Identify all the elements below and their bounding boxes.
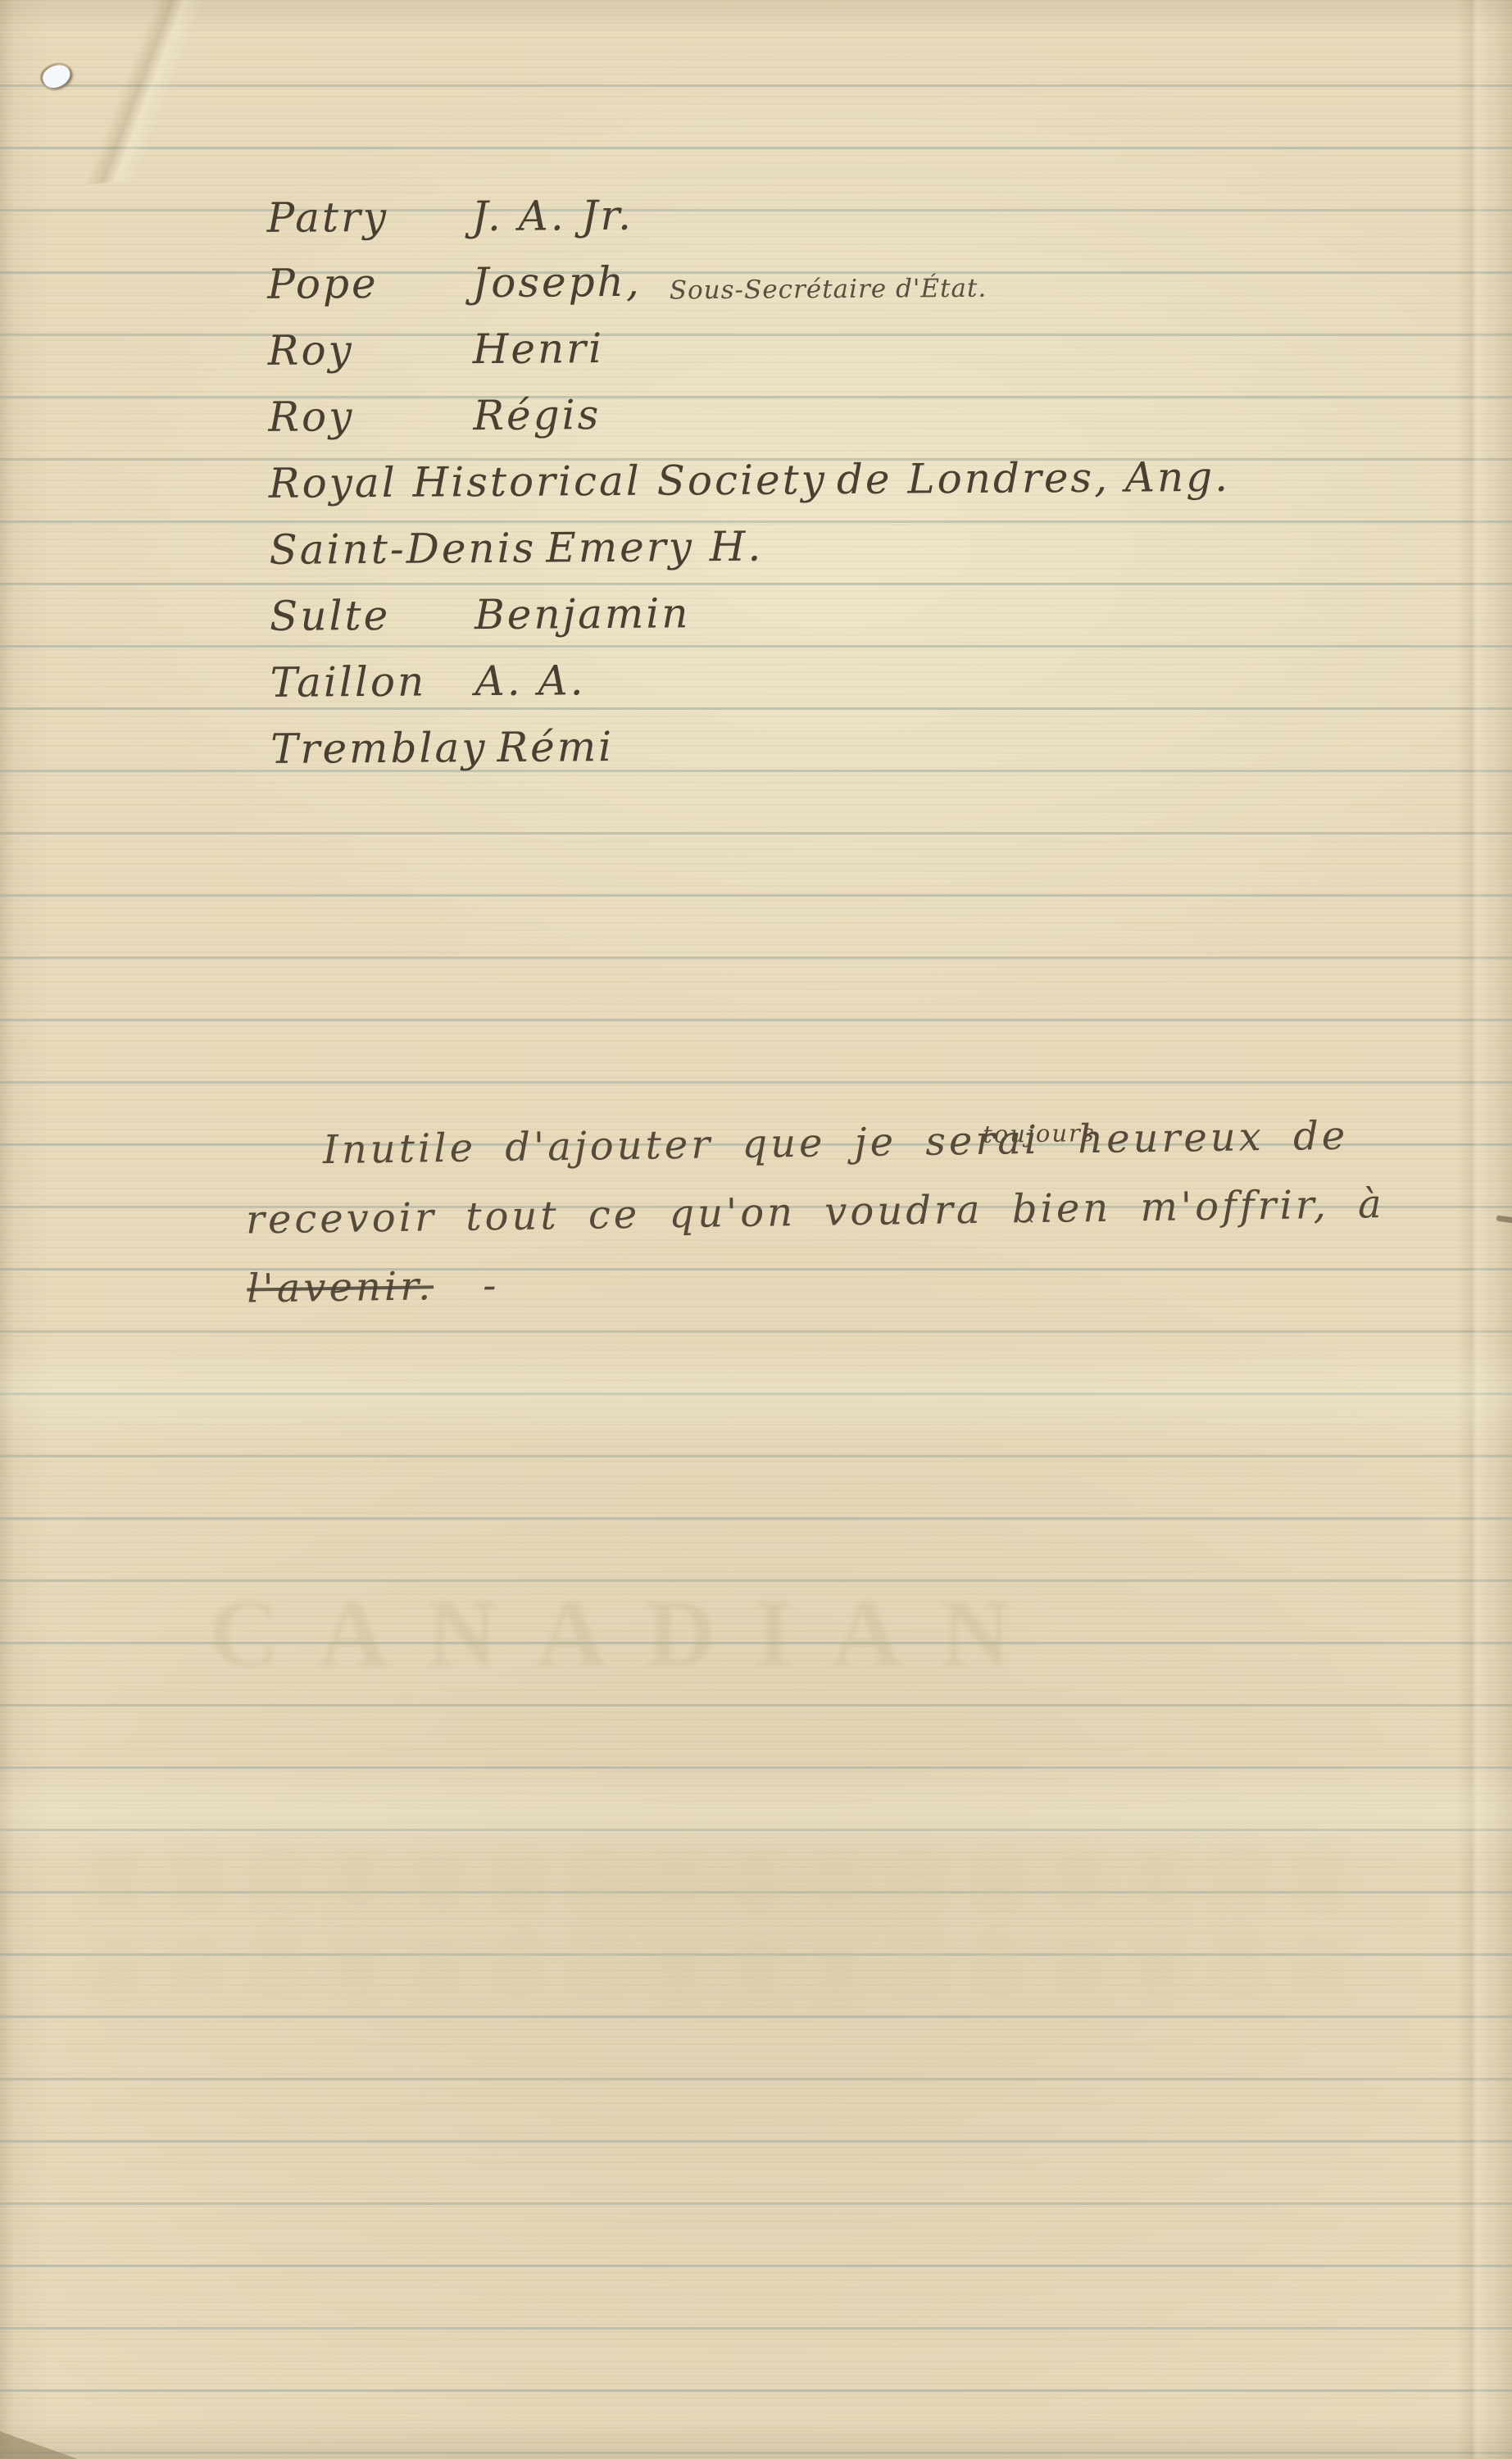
given-name-text: Henri <box>473 325 605 373</box>
list-entry: Taillon A. A. <box>270 651 1418 725</box>
closing-paragraph: Inutile d'ajouter que je seraitoujours‸h… <box>244 1100 1476 1324</box>
list-entry: Royal Historical Society de Londres, Ang… <box>269 452 1417 526</box>
watermark-text: CANADIAN <box>209 1578 1143 1689</box>
list-entry: Tremblay Rémi <box>270 717 1419 792</box>
surname-text: Roy <box>268 325 473 375</box>
tonal-band <box>0 1762 1512 1861</box>
closing-line1-before: Inutile d'ajouter que je serai <box>323 1117 1041 1173</box>
insertion-word: toujours <box>983 1098 1097 1169</box>
name-list: Patry J. A. Jr. Pope Joseph, Sous-Secrét… <box>266 186 1418 792</box>
surname-text: Pope <box>267 259 472 308</box>
struck-word: l'avenir. <box>247 1263 434 1311</box>
given-name-text: J. A. Jr. <box>471 192 633 240</box>
given-name-text: Régis <box>473 391 601 439</box>
surname-text: Tremblay <box>270 724 497 773</box>
embossed-watermark-band <box>90 1934 1369 1998</box>
insertion-point: toujours‸ <box>1040 1152 1078 1153</box>
list-entry: Saint-Denis Emery H. <box>269 518 1417 593</box>
surname-text: Sulte <box>270 591 474 640</box>
surname-text: Roy <box>268 392 473 441</box>
closing-line1-after: heureux de <box>1078 1113 1349 1163</box>
given-name-text: de Londres, Ang. <box>837 453 1231 503</box>
surname-text: Taillon <box>270 657 474 707</box>
list-entry: Patry J. A. Jr. <box>266 186 1414 261</box>
surname-text: Royal Historical Society <box>269 456 837 507</box>
manuscript-page: CANADIAN Patry J. A. Jr. Pope Joseph, So… <box>0 0 1512 2459</box>
list-entry: Pope Joseph, Sous-Secrétaire d'État. <box>267 252 1415 327</box>
given-name-text: A. A. <box>474 657 585 705</box>
given-name-text: Joseph, <box>472 258 642 307</box>
list-entry: Roy Régis <box>268 385 1416 460</box>
list-entry: Roy Henri <box>268 319 1416 393</box>
trailing-dash: - <box>483 1262 500 1308</box>
surname-text: Patry <box>266 193 471 242</box>
tonal-band <box>0 1344 1512 1443</box>
embossed-watermark-band <box>90 1848 1369 1912</box>
given-name-text: Benjamin <box>474 589 691 639</box>
surname-text: Saint-Denis <box>269 525 546 574</box>
list-entry: Sulte Benjamin <box>270 584 1418 659</box>
role-note-text: Sous-Secrétaire d'État. <box>670 274 988 306</box>
corner-crease <box>0 0 318 192</box>
given-name-text: Rémi <box>497 723 614 771</box>
given-name-text: Emery H. <box>546 523 763 572</box>
